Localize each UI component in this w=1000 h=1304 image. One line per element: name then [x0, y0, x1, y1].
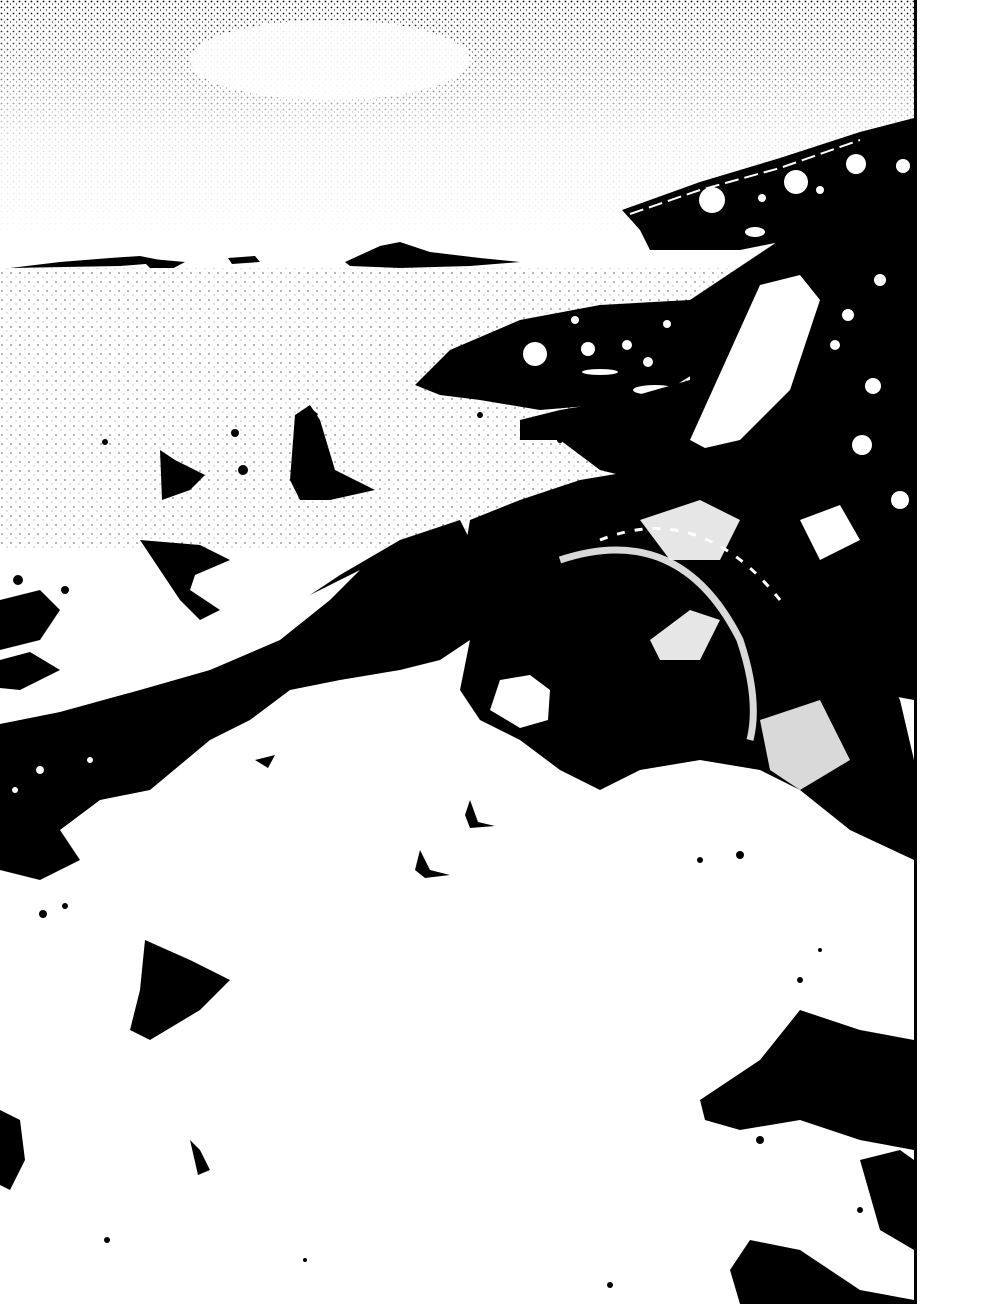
- manga-page: [0, 0, 1000, 1304]
- page-gutter: [917, 0, 1000, 1304]
- wreck-fuselage: [0, 520, 480, 840]
- panel-artwork: [0, 0, 914, 1304]
- manga-panel: [0, 0, 917, 1304]
